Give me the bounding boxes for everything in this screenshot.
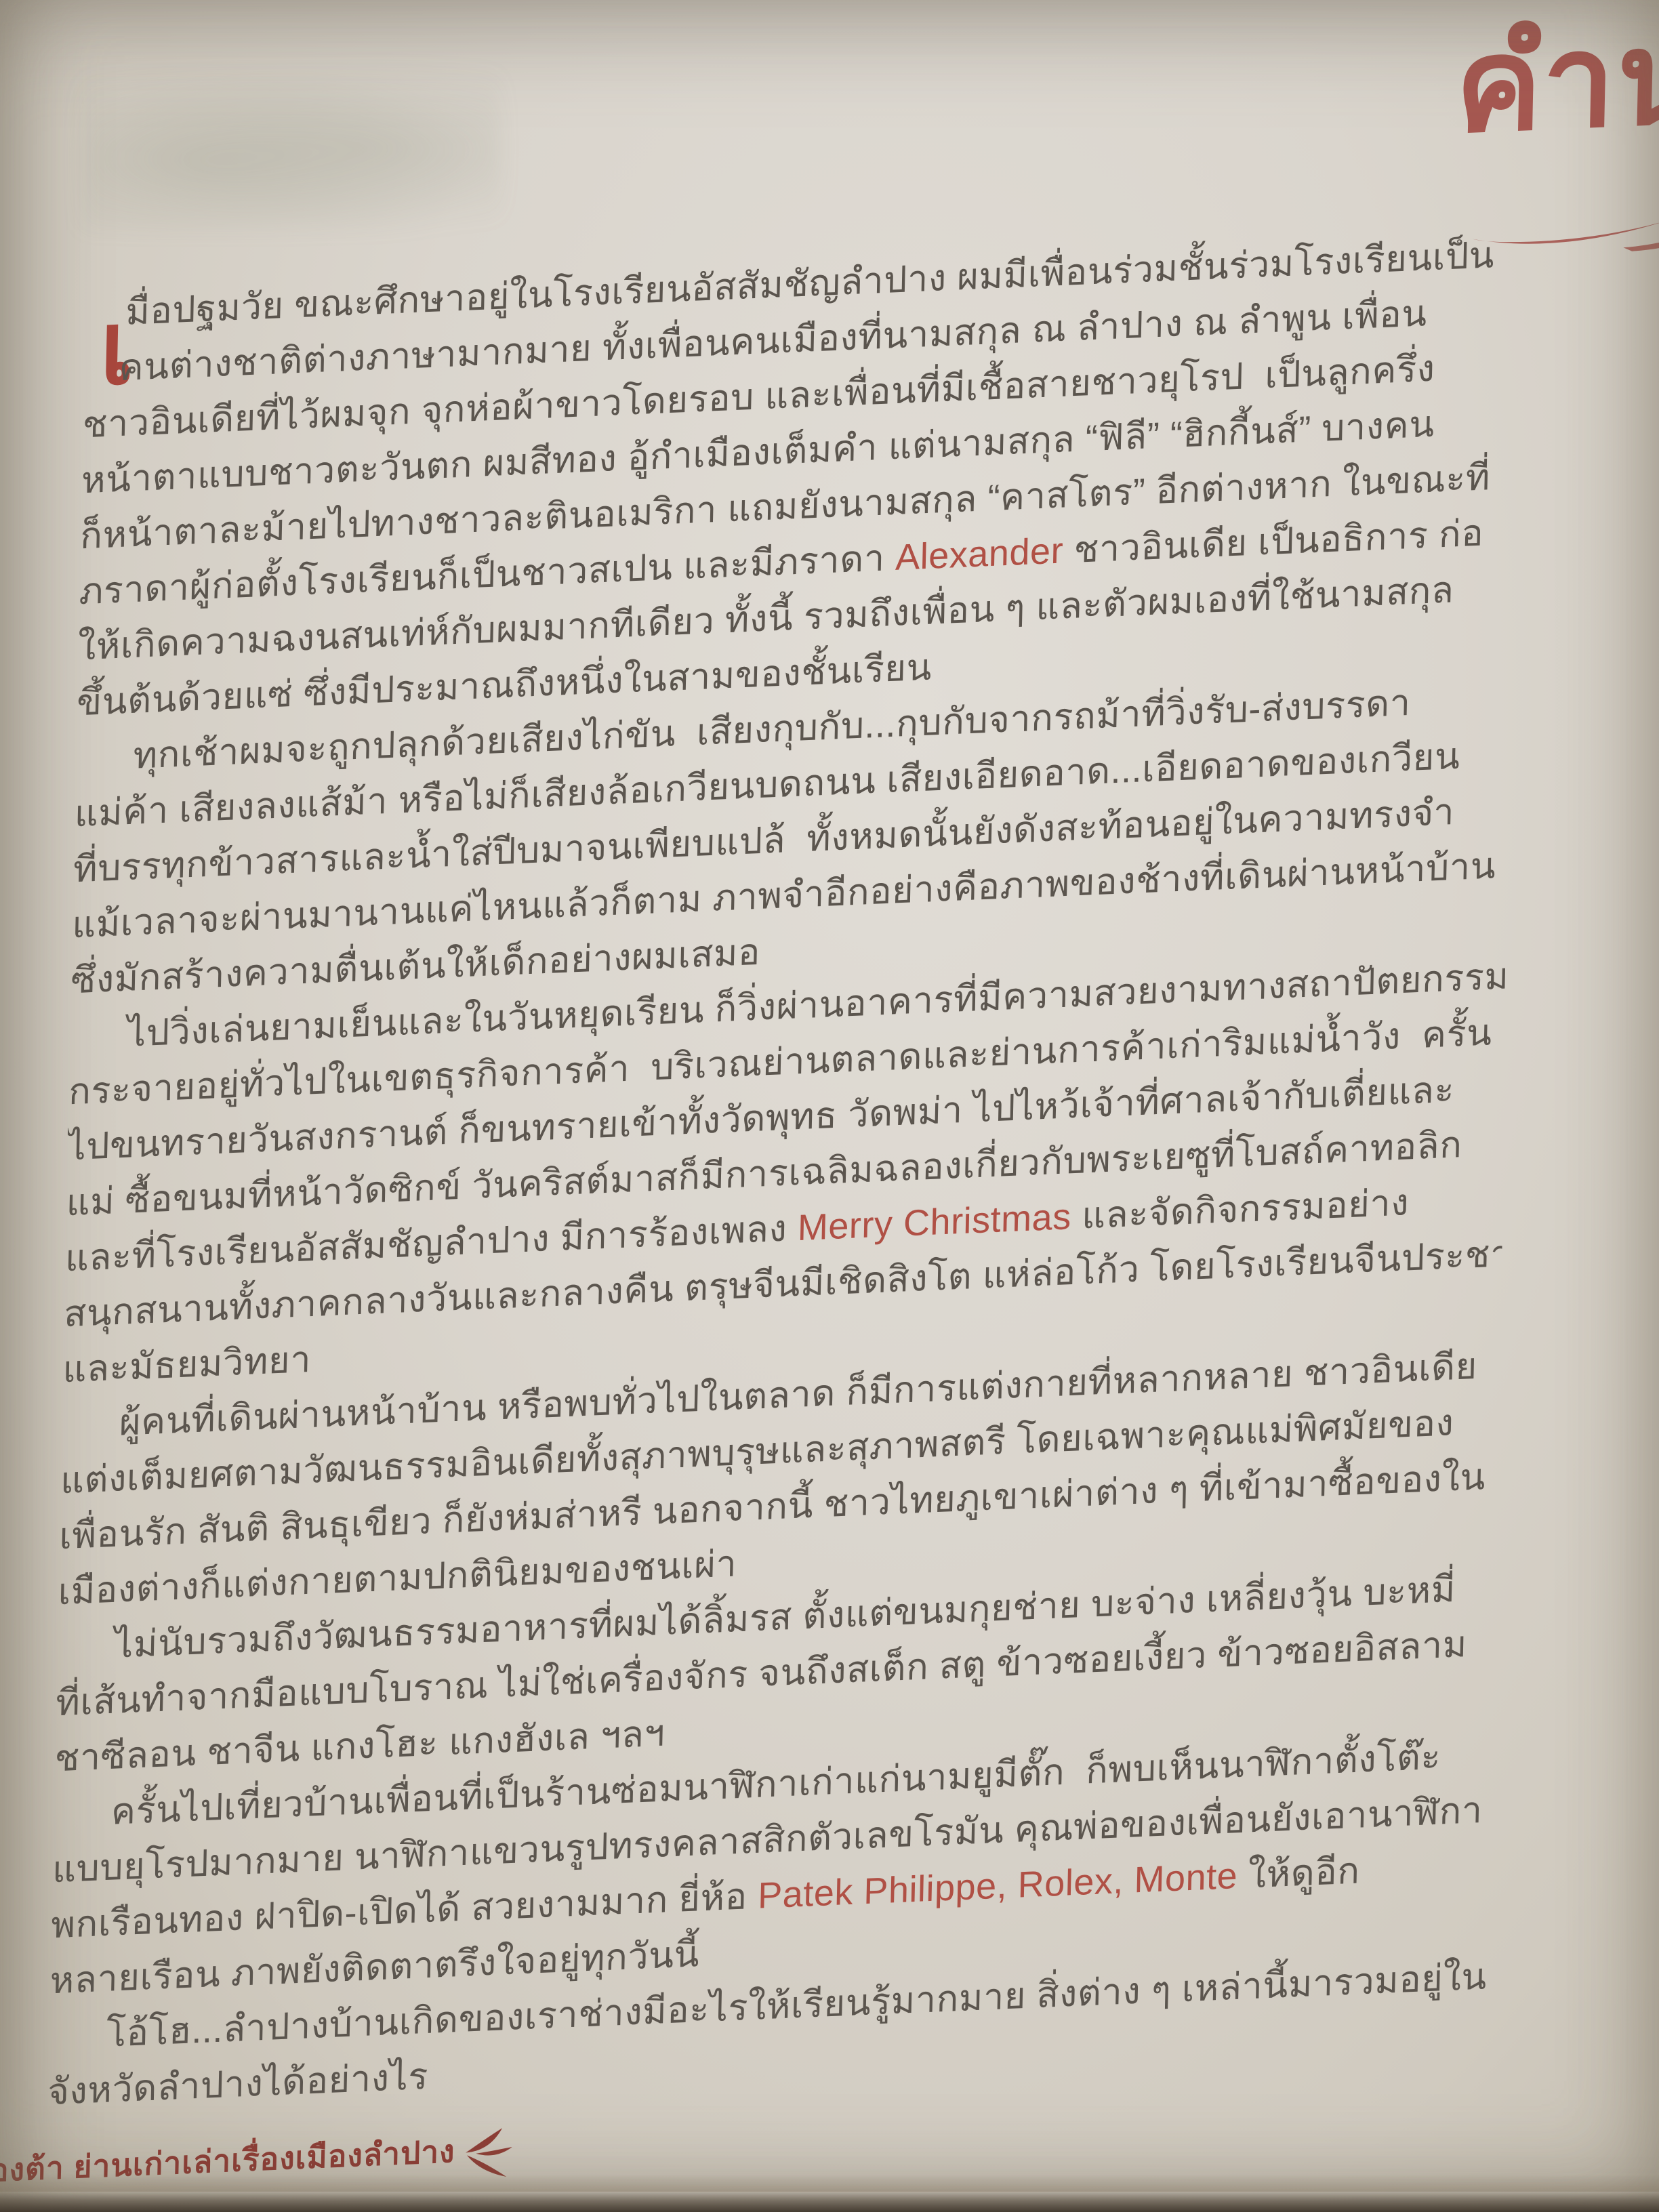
- body-text: มื่อปฐมวัย ขณะศึกษาอยู่ในโรงเรียนอัสสัมช…: [47, 226, 1523, 2120]
- leaf-arrow-icon: [462, 2126, 514, 2179]
- text-segment: ชาวอินเดีย เป็นอธิการ ก่อ: [1063, 513, 1483, 571]
- highlight-word: Alexander: [895, 531, 1064, 578]
- text-segment: ให้ดูอีก: [1237, 1850, 1361, 1896]
- text-segment: และมัธยมวิทยา: [62, 1339, 312, 1390]
- highlight-word: Merry Christmas: [797, 1196, 1071, 1248]
- page-title: คำนำ: [1454, 8, 1659, 152]
- book-page: คำนำ เ มื่อปฐมวัย ขณะศึกษาอยู่ในโรงเรียน…: [0, 0, 1659, 2212]
- text-segment: จังหวัดลำปางได้อย่างไร: [47, 2056, 429, 2113]
- page-bottom-edge: [0, 2192, 1659, 2212]
- text-segment: และจัดกิจกรรมอย่าง: [1071, 1182, 1410, 1237]
- page-sheet: คำนำ เ มื่อปฐมวัย ขณะศึกษาอยู่ในโรงเรียน…: [0, 0, 1659, 2212]
